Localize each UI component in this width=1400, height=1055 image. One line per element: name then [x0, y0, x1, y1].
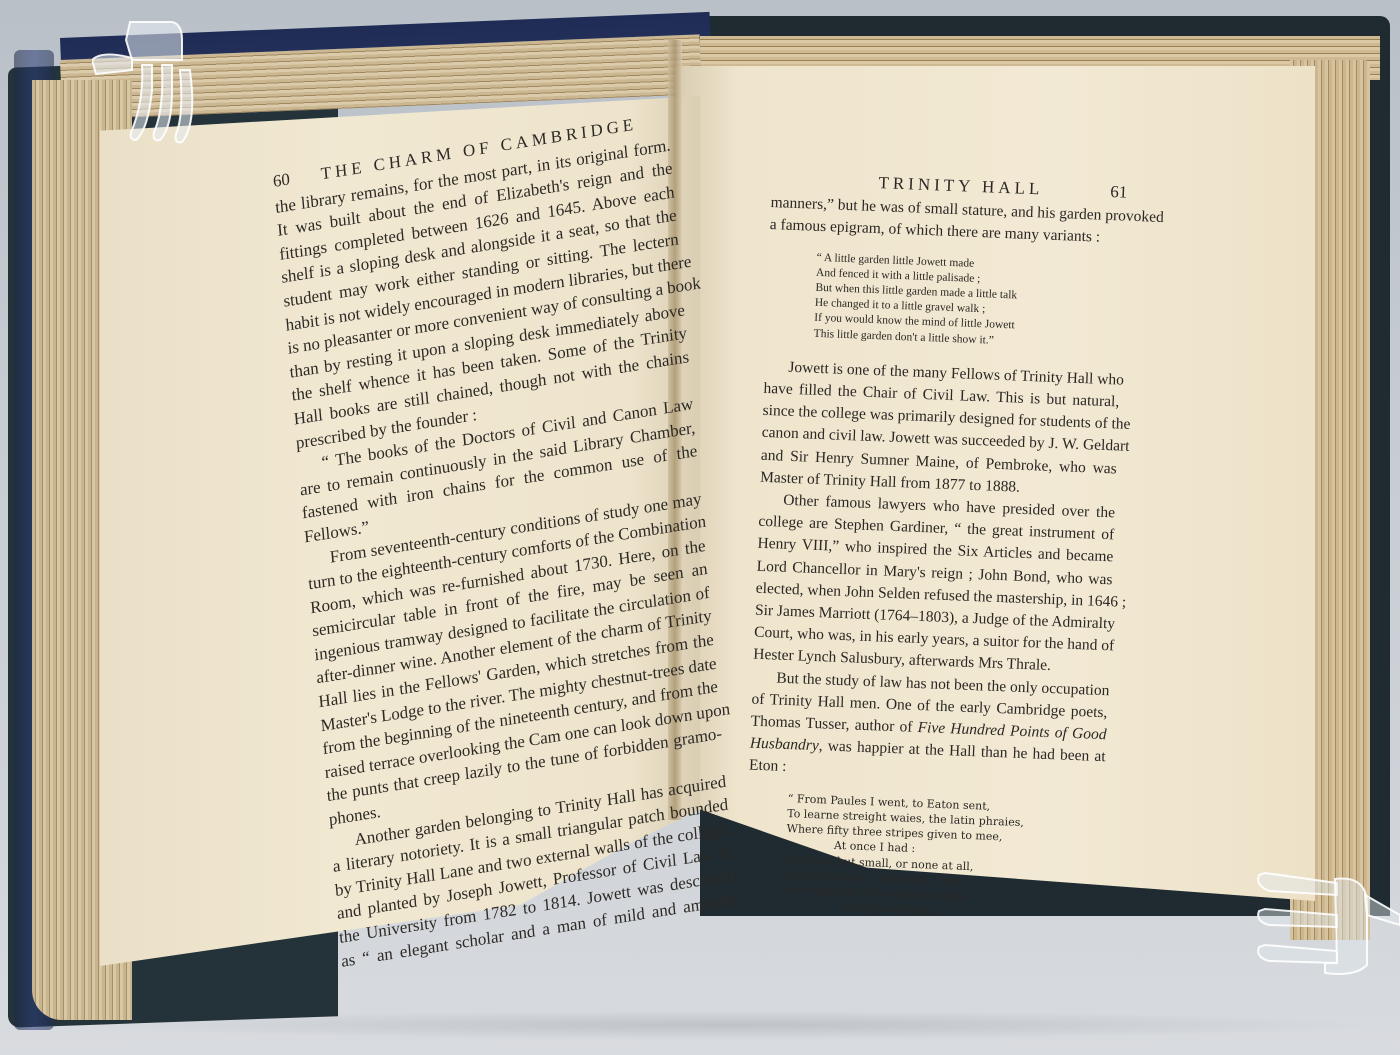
left-body: the library remains, for the most part, … [274, 133, 737, 973]
book-title-italic: Husbandry [750, 735, 819, 755]
book-photo: 60 THE CHARM OF CAMBRIDGE the library re… [0, 0, 1400, 1055]
text-fragment: Thomas Tusser, author of [750, 713, 918, 736]
page-clip-icon [92, 10, 212, 150]
jowett-epigram: “ A little garden little Jowett made And… [813, 250, 1124, 353]
page-number-right: 61 [1110, 181, 1128, 204]
page-number-left: 60 [272, 167, 291, 193]
right-page-text: TRINITY HALL 61 manners,” but he was of … [743, 168, 1128, 940]
left-page-text: 60 THE CHARM OF CAMBRIDGE the library re… [272, 107, 737, 973]
tusser-verse: “ From Paules I went, to Eaton sent, To … [783, 791, 1103, 925]
page-clip-icon [1255, 865, 1400, 985]
